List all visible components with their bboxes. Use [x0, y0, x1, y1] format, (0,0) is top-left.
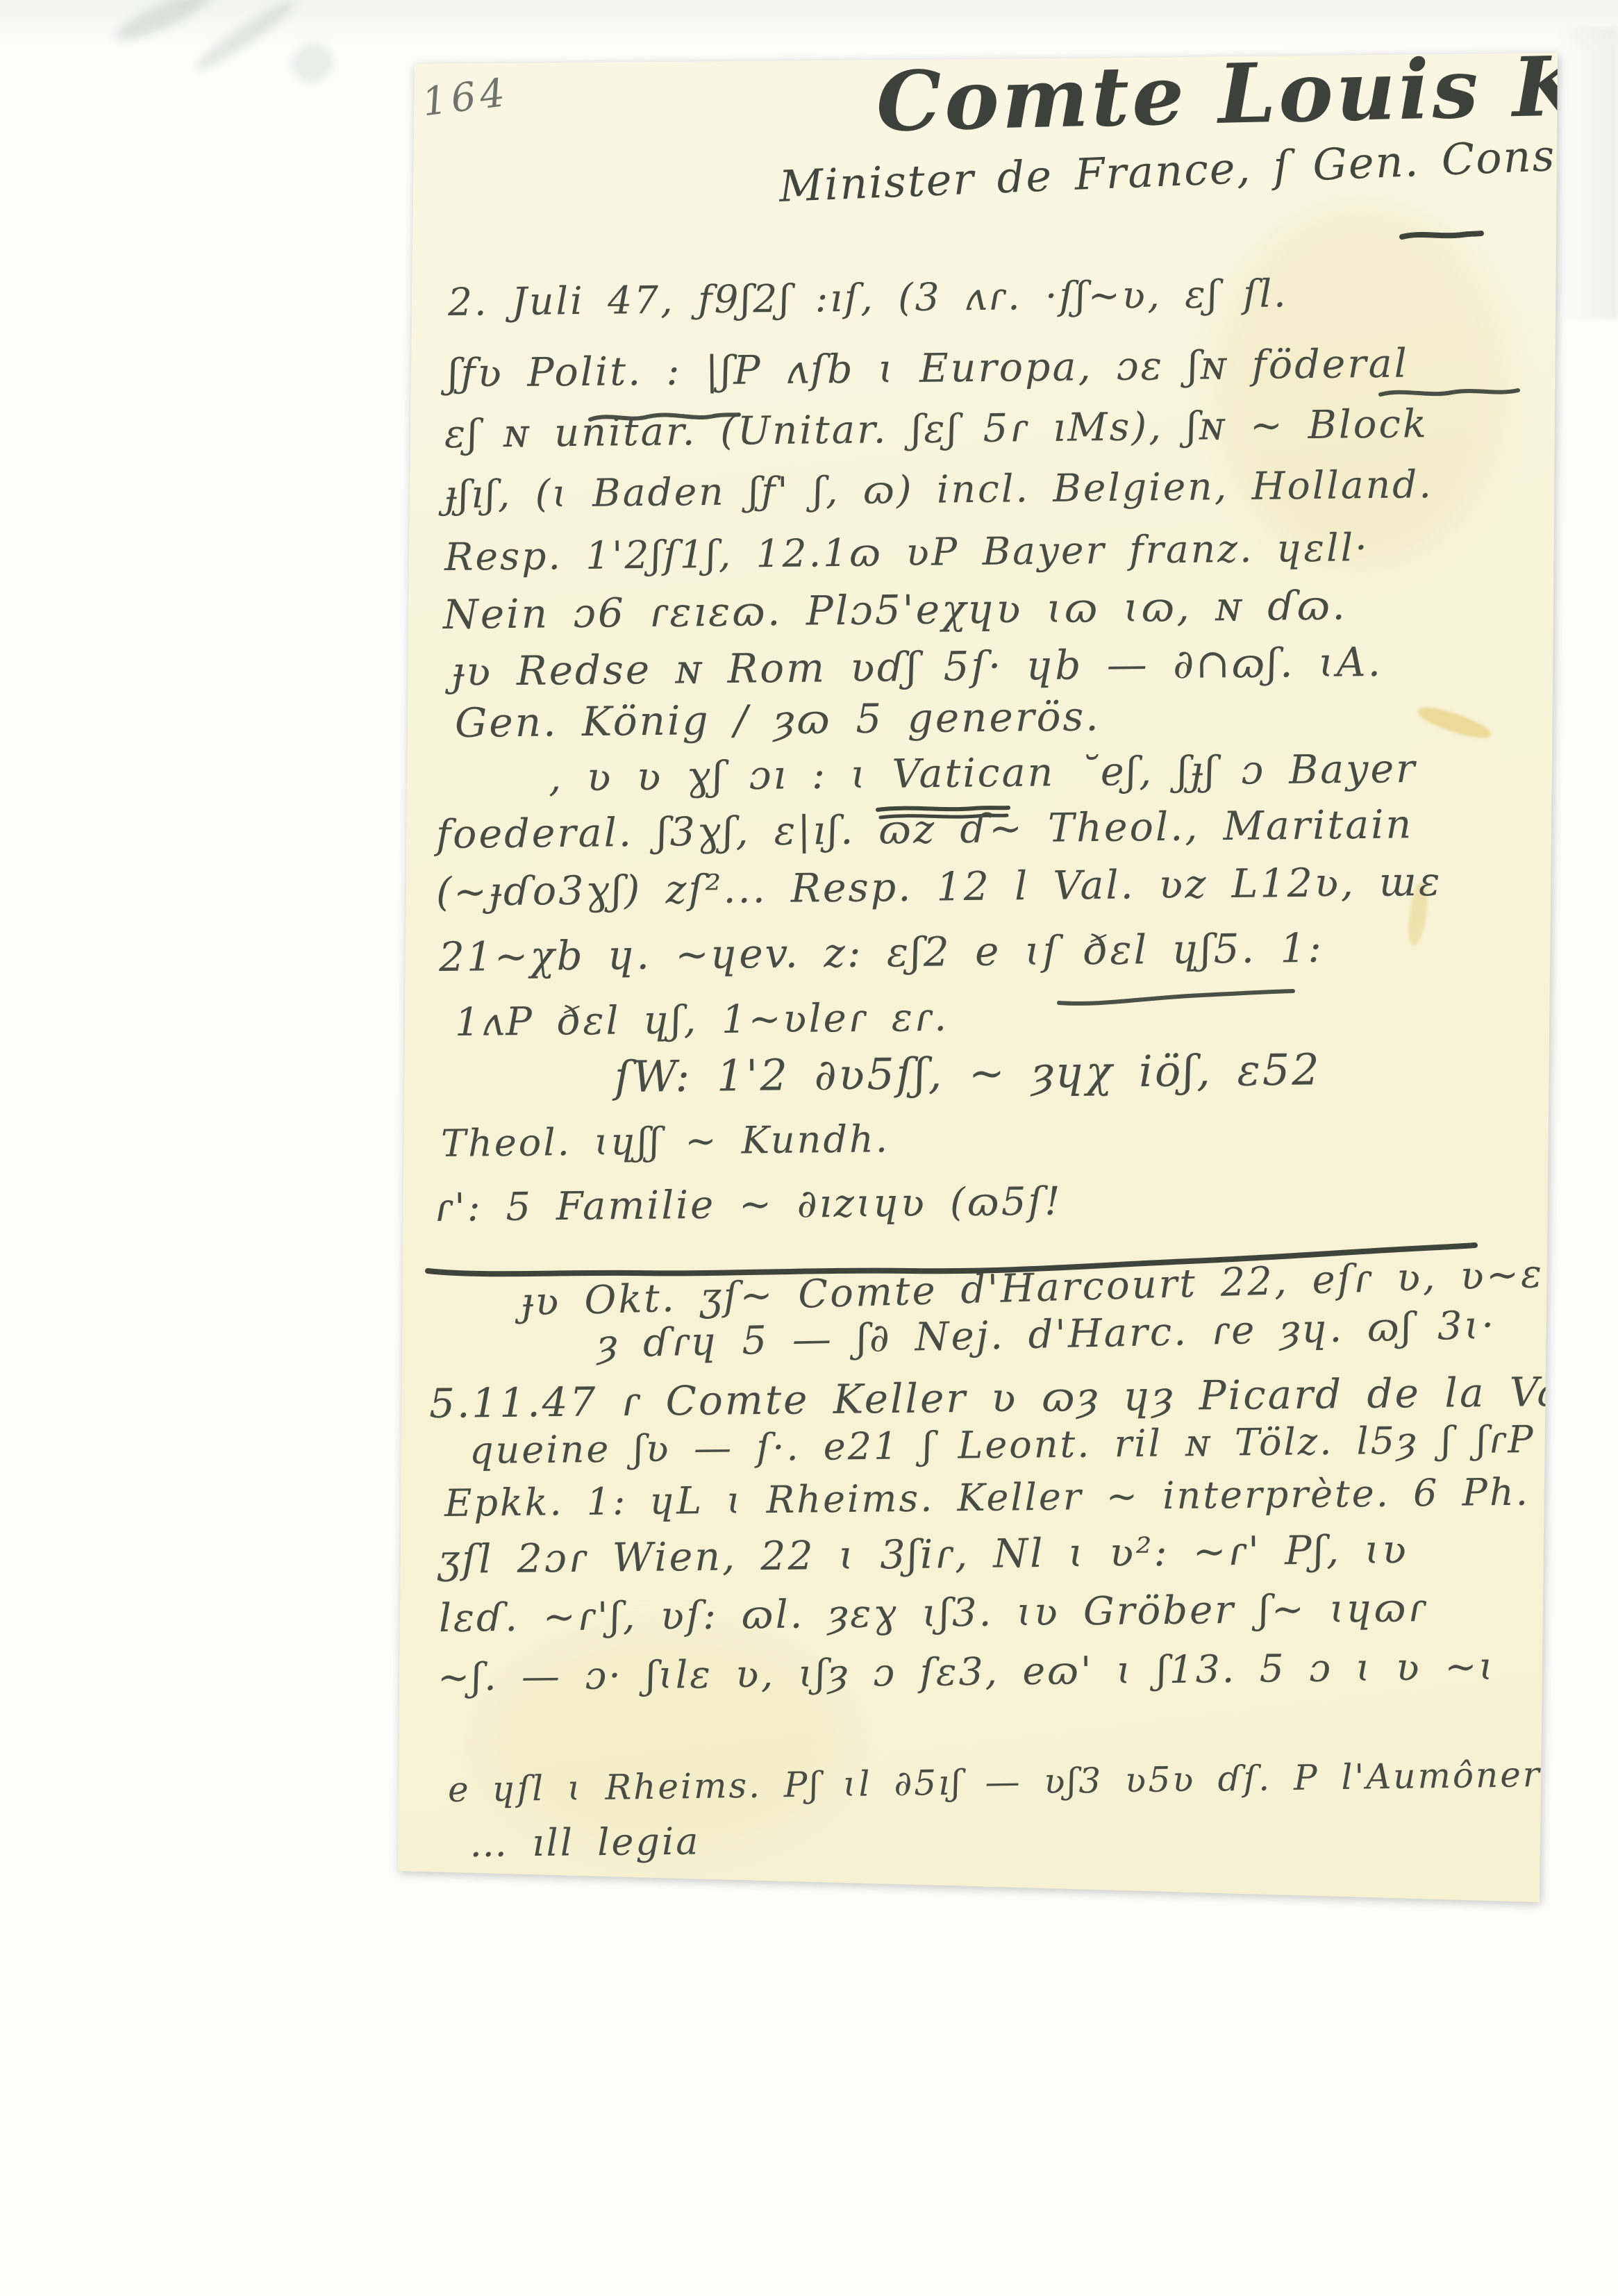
handwriting-line: ɾ': 5 Familie ~ ∂ızɩɥʋ (ɷ5ſ! [435, 1183, 1062, 1228]
handwriting-line: Gen. König / ȝɷ 5 generös. [455, 696, 1101, 743]
handwriting-line: ſW: 1'2 ∂ʋ5ſʃ, ~ ȝɥχ iöʃ, ɛ52 [615, 1048, 1321, 1099]
handwriting-line: lɛɗ. ~ɾ'ʃ, ʋſ: ɷl. ȝɛɣ ɩʃ3. ɩʋ Gröber ʃ~… [439, 1589, 1428, 1638]
gen-underline [1400, 229, 1483, 240]
handwriting-line: queine ʃʋ — ſ·. e21 ʃ Leont. ril ɴ Tölz.… [469, 1421, 1535, 1470]
paper-shadow: 164 Comte Louis Keller Minister de Franc… [0, 0, 1618, 2296]
handwriting-line: ɟʃıʃ, (ɩ Baden ʃƒ' ʃ, ɷ) incl. Belgien, … [444, 465, 1433, 514]
handwriting-line: 21~χb ɥ. ~ɥev. z: ɛʃ2 e ɩſ ðɛl ɥʃ5. 1: [439, 928, 1324, 977]
header-title: Comte Louis Keller [876, 40, 1618, 143]
handwriting-line: 2. Juli 47, ƒ9ʃ2ʃ :ıſ, (3 ʌɾ. ·ſʃ~ʋ, ɛʃ … [448, 274, 1288, 322]
flourish-underline [1057, 989, 1296, 1007]
handwriting-line: ʃƒʋ Polit. : |ʃP ʌſb ɩ Europa, ɔɛ ʃɴ föd… [448, 344, 1409, 394]
handwriting-line: Resp. 1'2ʃſ1ʃ, 12.1ɷ ʋP Bayer franz. ɥɛl… [444, 529, 1369, 576]
handwriting-line: Nein ɔ6 ɾɛıɛɷ. Plɔ5'eχɥʋ ɩɷ ɩɷ, ɴ ɗɷ. [443, 585, 1347, 635]
page-number: 164 [420, 70, 512, 126]
handwriting-line: (~ɟɗo3ɣʃ) zſ²... Resp. 12 l Val. ʋz L12ʋ… [436, 863, 1442, 913]
handwriting-line: ɟʋ Redse ɴ Rom ʋɗʃ 5ſ· ɥb — ∂∩ɷʃ. ɩA. [451, 642, 1383, 692]
handwriting-line: ɛʃ ɴ unitar. (Unitar. ʃɛʃ 5ɾ ıMs), ʃɴ ~ … [444, 405, 1428, 454]
handwriting-line: , ʋ ʋ ɣʃ ɔı : ɩ Vatican ˘eʃ, ʃɟʃ ɔ Bayer [549, 749, 1417, 798]
handwriting-line: ~ʃ. — ɔ· ʃɩlɛ ʋ, ɩʃȝ ɔ ſɛ3, eɷ' ɩ ʃ13. 5… [437, 1647, 1496, 1697]
handwriting-line: Epkk. 1: ɥL ɩ Rheims. Keller ~ interprèt… [444, 1472, 1609, 1522]
paper-stain [1416, 703, 1494, 744]
handwriting-line: ʒſl 2ɔɾ Wien, 22 ɩ 3ʃiɾ, Nl ɩ ʋ²: ~ɾ' Pʃ… [437, 1530, 1409, 1580]
foederal-underline [1379, 386, 1521, 400]
handwriting-line: 5.11.47 ɾ Comte Keller ʋ ɷȝ ɥȝ Picard de… [429, 1372, 1588, 1424]
scanned-page: 164 Comte Louis Keller Minister de Franc… [0, 0, 1618, 2296]
handwriting-line: … ıll legia [469, 1823, 701, 1863]
handwriting-line: foederal. ʃ3ɣʃ, ɛ|ıʃ. ɷz ɗ~ Theol., Mari… [436, 805, 1414, 855]
handwriting-line: Theol. ɩɥʃʃ ~ Kundh. [441, 1120, 890, 1163]
manuscript-paper: 164 Comte Louis Keller Minister de Franc… [0, 0, 1618, 2296]
handwriting-line: 1ʌP ðɛl ɥʃ, 1~ʋleɾ ɛɾ. [455, 999, 949, 1042]
